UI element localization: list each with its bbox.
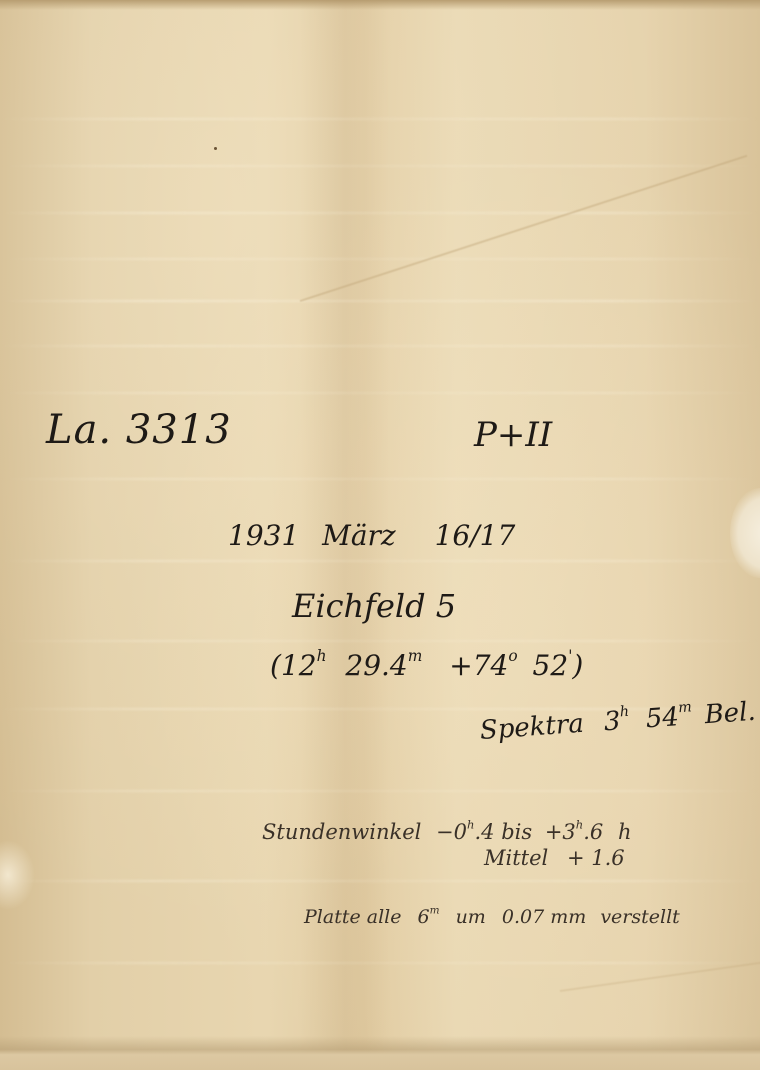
plate-shift-note: Platte alle 6m um 0.07 mm verstellt [304, 908, 680, 927]
paper-texture [0, 790, 760, 792]
paper-texture [0, 118, 760, 120]
hour-angle-mean: Mittel + 1.6 [484, 848, 625, 869]
paper-texture [0, 880, 760, 882]
paper-texture [0, 165, 760, 167]
ink-speck [214, 147, 217, 150]
paper-crease [560, 959, 760, 992]
field-name: Eichfeld 5 [292, 590, 456, 622]
spectra-exposure: Spektra 3h 54m Bel. [479, 699, 756, 744]
paper-texture [0, 345, 760, 347]
hour-angle-range: Stundenwinkel −0h.4 bis +3h.6 h [262, 822, 631, 843]
document-page: La. 3313 P+II 1931 März 16/17 Eichfeld 5… [0, 0, 760, 1070]
paper-texture [0, 560, 760, 562]
paper-bottom-fold [0, 1036, 760, 1070]
field-coordinates: (12h 29.4m +74o 52') [270, 652, 583, 680]
paper-texture [0, 640, 760, 642]
paper-texture [0, 962, 760, 964]
plate-code: P+II [474, 418, 552, 452]
paper-texture [0, 478, 760, 480]
plate-id: La. 3313 [46, 410, 232, 450]
paper-texture [0, 300, 760, 302]
paper-tear [0, 840, 35, 910]
paper-texture [0, 392, 760, 394]
paper-texture [0, 258, 760, 260]
paper-punch-hole [730, 488, 760, 578]
paper-texture [0, 212, 760, 214]
observation-date: 1931 März 16/17 [228, 522, 515, 550]
